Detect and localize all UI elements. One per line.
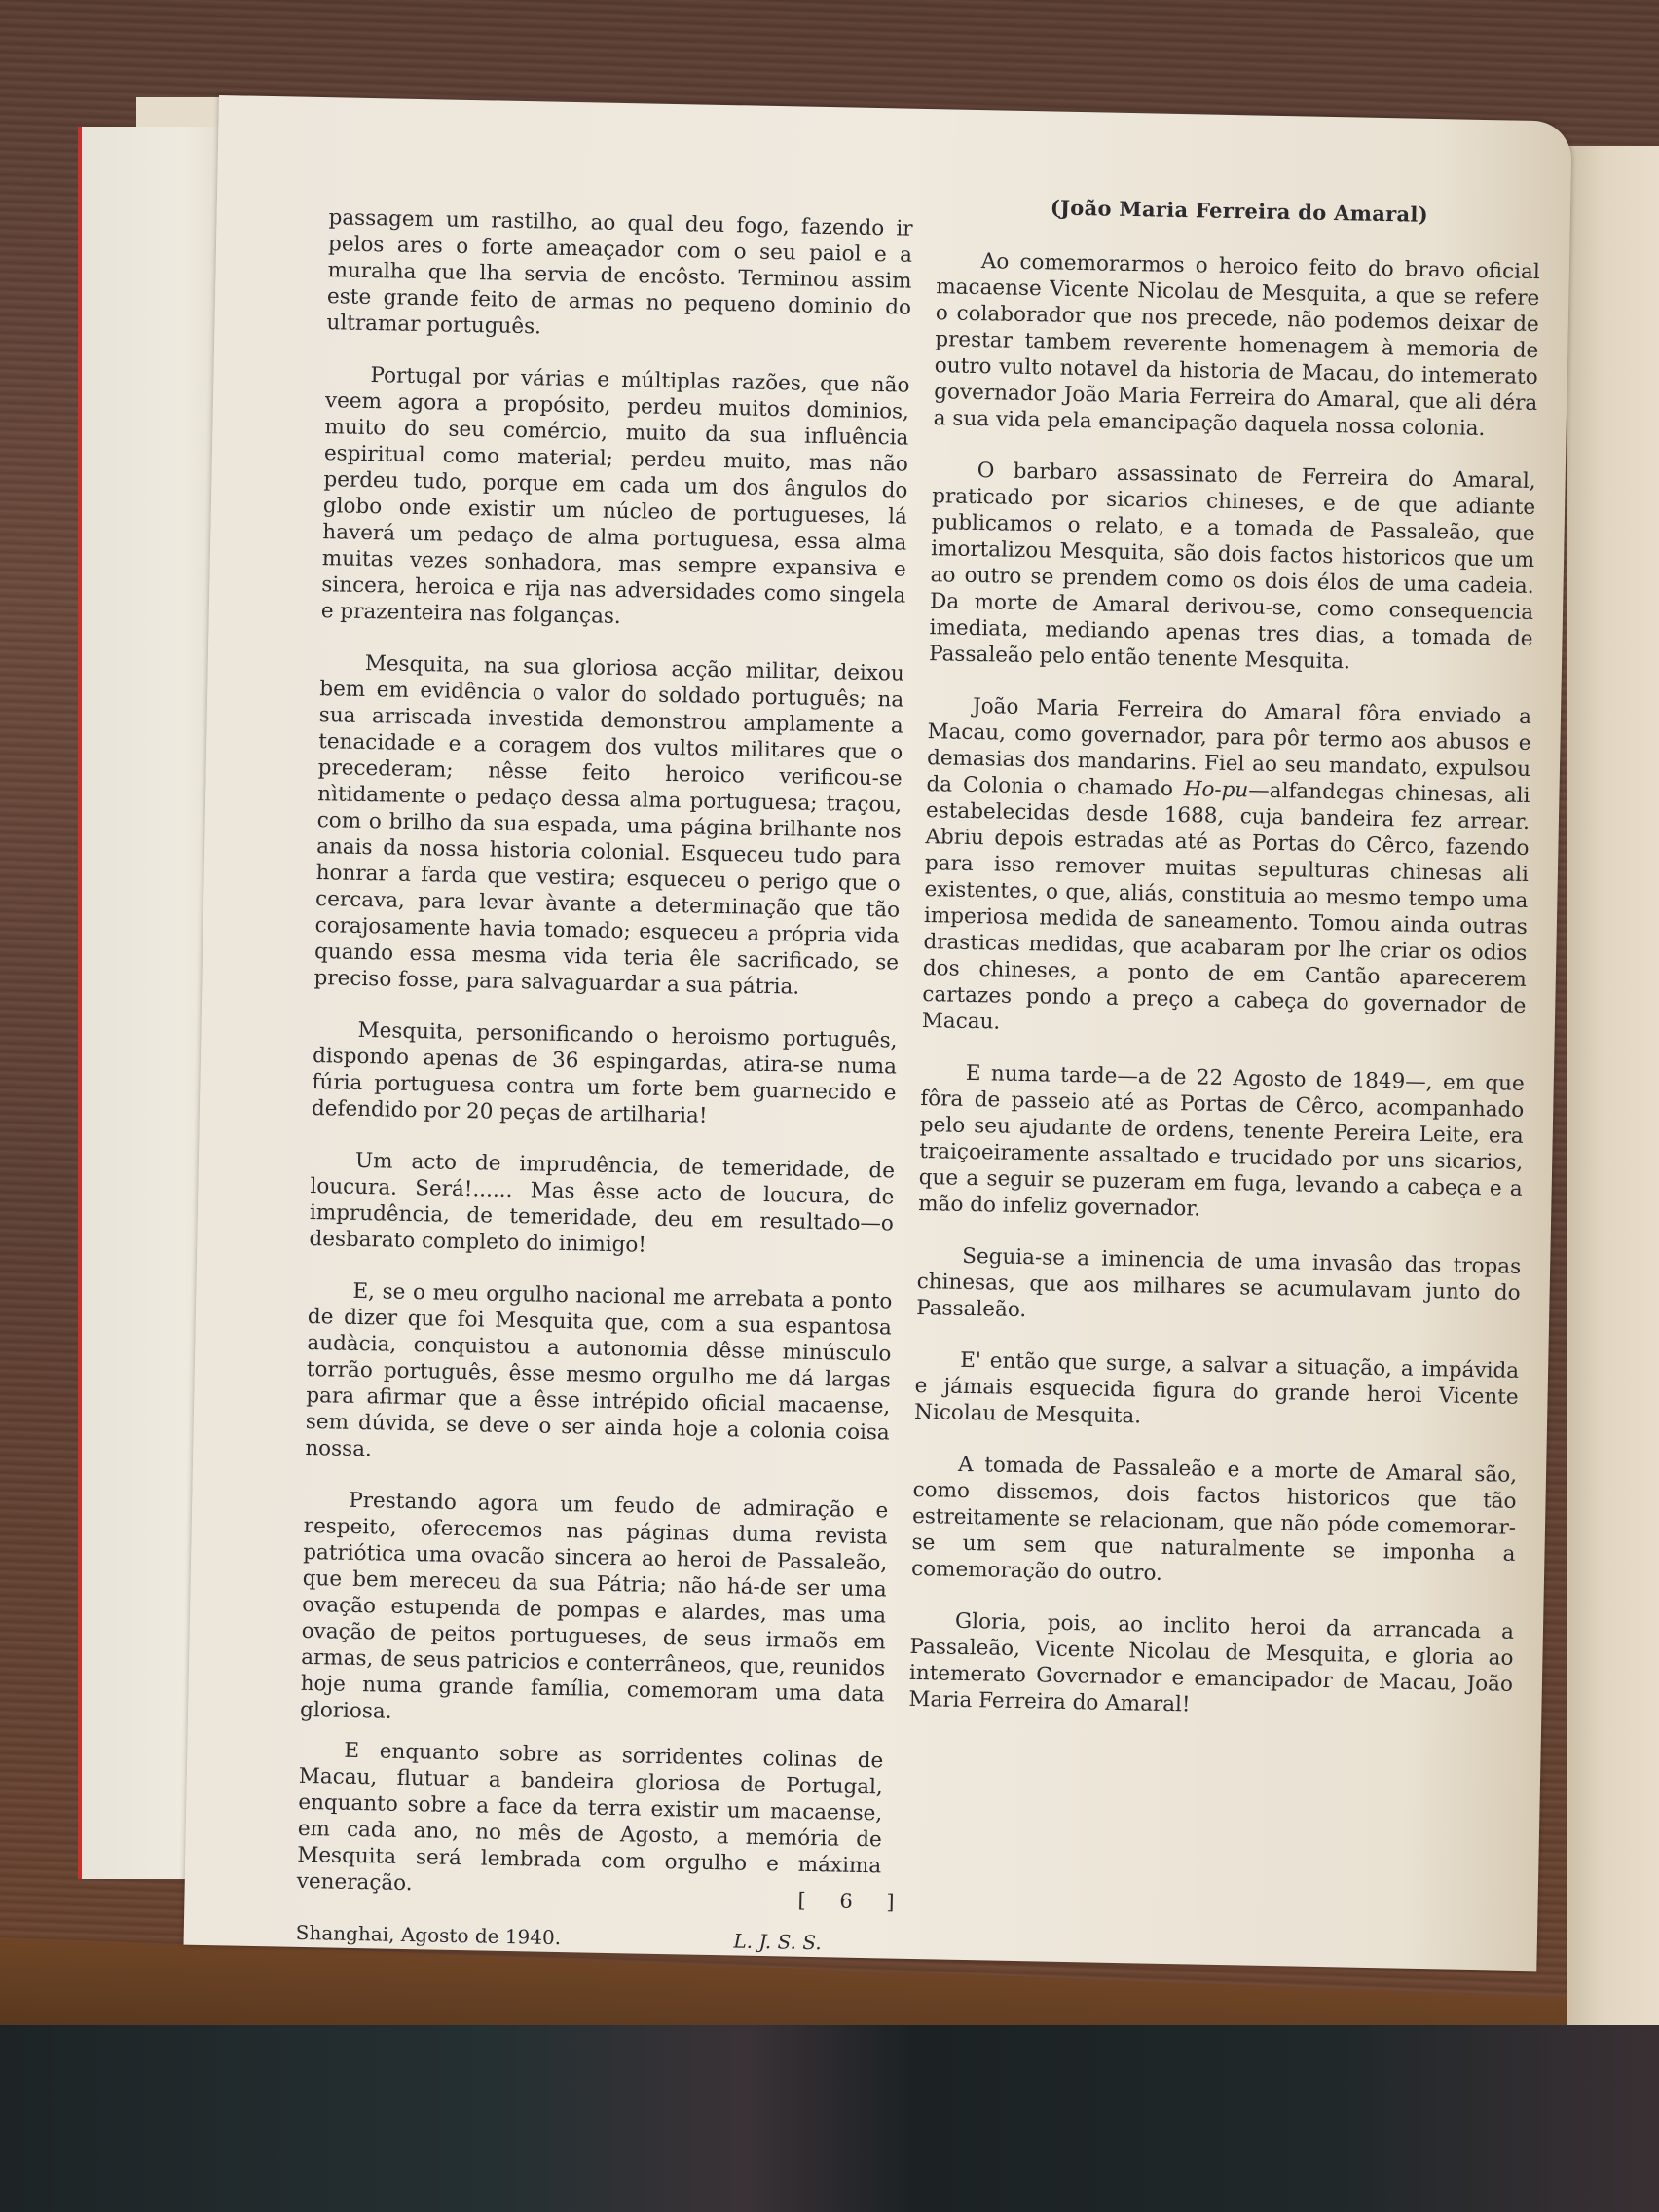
place-date: Shanghai, Agosto de 1940. xyxy=(296,1920,562,1951)
page-number: [ 6 ] xyxy=(797,1889,908,1914)
paragraph: Seguia-se a iminencia de uma invasâo das… xyxy=(916,1242,1521,1333)
article-heading: (João Maria Ferreira do Amaral) xyxy=(938,192,1541,230)
paragraph: Portugal por várias e múltiplas razões, … xyxy=(321,361,910,635)
paragraph-hopu: João Maria Ferreira do Amaral fôra envia… xyxy=(922,692,1532,1046)
paragraph: E enquanto sobre as sorridentes colinas … xyxy=(297,1737,884,1905)
facing-page-edge xyxy=(1567,146,1659,2025)
paragraph: E' então que surge, a salvar a situação,… xyxy=(914,1346,1519,1437)
floor-background xyxy=(0,2025,1659,2212)
paragraph: E numa tarde—a de 22 Agosto de 1849—, em… xyxy=(918,1059,1525,1229)
paragraph: Ao comemorarmos o heroico feito do bravo… xyxy=(934,247,1541,443)
italic-term: Ho-pu xyxy=(1183,777,1248,802)
paragraph: A tomada de Passaleão e a morte de Amara… xyxy=(911,1451,1517,1594)
paragraph: Mesquita, na sua gloriosa acção militar,… xyxy=(313,649,904,1002)
paragraph: Mesquita, personificando o heroismo port… xyxy=(312,1016,898,1132)
text: —alfandegas chinesas, ali estabelecidas … xyxy=(922,778,1530,1034)
paragraph: E, se o meu orgulho nacional me arrebata… xyxy=(305,1277,893,1472)
right-column: (João Maria Ferreira do Amaral) Ao comem… xyxy=(908,192,1541,1750)
paragraph: passagem um rastilho, ao qual deu fogo, … xyxy=(326,204,912,347)
left-column: passagem um rastilho, ao qual deu fogo, … xyxy=(296,204,913,1957)
author-initials: L. J. S. S. xyxy=(733,1928,822,1956)
paragraph: O barbaro assassinato de Ferreira do Ama… xyxy=(929,457,1536,679)
paragraph: Um acto de imprudência, de temeridade, d… xyxy=(309,1147,895,1263)
paragraph: Prestando agora um feudo de admiração e … xyxy=(300,1487,889,1734)
book-page: passagem um rastilho, ao qual deu fogo, … xyxy=(184,95,1572,1971)
paragraph: Gloria, pois, ao inclito heroi da arranc… xyxy=(908,1607,1514,1724)
